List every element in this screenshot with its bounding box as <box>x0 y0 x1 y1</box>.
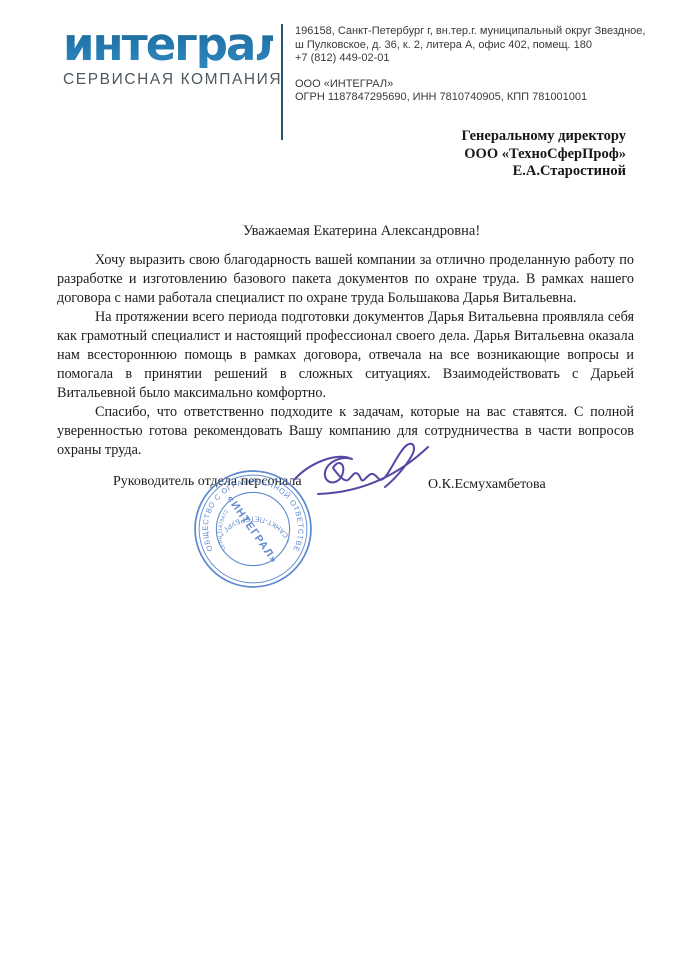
logo-wordmark: интеграл <box>63 22 273 68</box>
recipient-block: Генеральному директору ООО «ТехноСферПро… <box>461 128 626 181</box>
letter-body: Хочу выразить свою благодарность вашей к… <box>57 251 634 460</box>
letter-page: интеграл СЕРВИСНАЯ КОМПАНИЯ 196158, Санк… <box>0 0 678 960</box>
recipient-company: ООО «ТехноСферПроф» <box>461 146 626 164</box>
salutation-line: Уважаемая Екатерина Александровна! <box>243 223 480 240</box>
address-line-1: 196158, Санкт-Петербург г, вн.тер.г. мун… <box>295 25 655 39</box>
letterhead-contacts: 196158, Санкт-Петербург г, вн.тер.г. мун… <box>295 25 655 105</box>
recipient-name: Е.А.Старостиной <box>461 163 626 181</box>
company-name-line: ООО «ИНТЕГРАЛ» <box>295 78 655 92</box>
company-logo: интеграл СЕРВИСНАЯ КОМПАНИЯ <box>63 22 273 89</box>
phone-number: +7 (812) 449-02-01 <box>295 52 655 66</box>
signer-name: О.К.Есмухамбетова <box>428 477 546 493</box>
registration-line: ОГРН 1187847295690, ИНН 7810740905, КПП … <box>295 91 655 105</box>
logo-tagline: СЕРВИСНАЯ КОМПАНИЯ <box>63 71 273 89</box>
address-spacer <box>295 66 655 78</box>
body-paragraph-1: Хочу выразить свою благодарность вашей к… <box>57 251 634 308</box>
body-paragraph-2: На протяжении всего периода подготовки д… <box>57 308 634 403</box>
address-line-2: ш Пулковское, д. 36, к. 2, литера А, офи… <box>295 39 655 53</box>
recipient-position: Генеральному директору <box>461 128 626 146</box>
handwritten-signature-icon <box>288 438 433 508</box>
letterhead-divider <box>281 24 283 140</box>
stamp-center-text: «ИНТЕГРАЛ» <box>224 493 280 566</box>
